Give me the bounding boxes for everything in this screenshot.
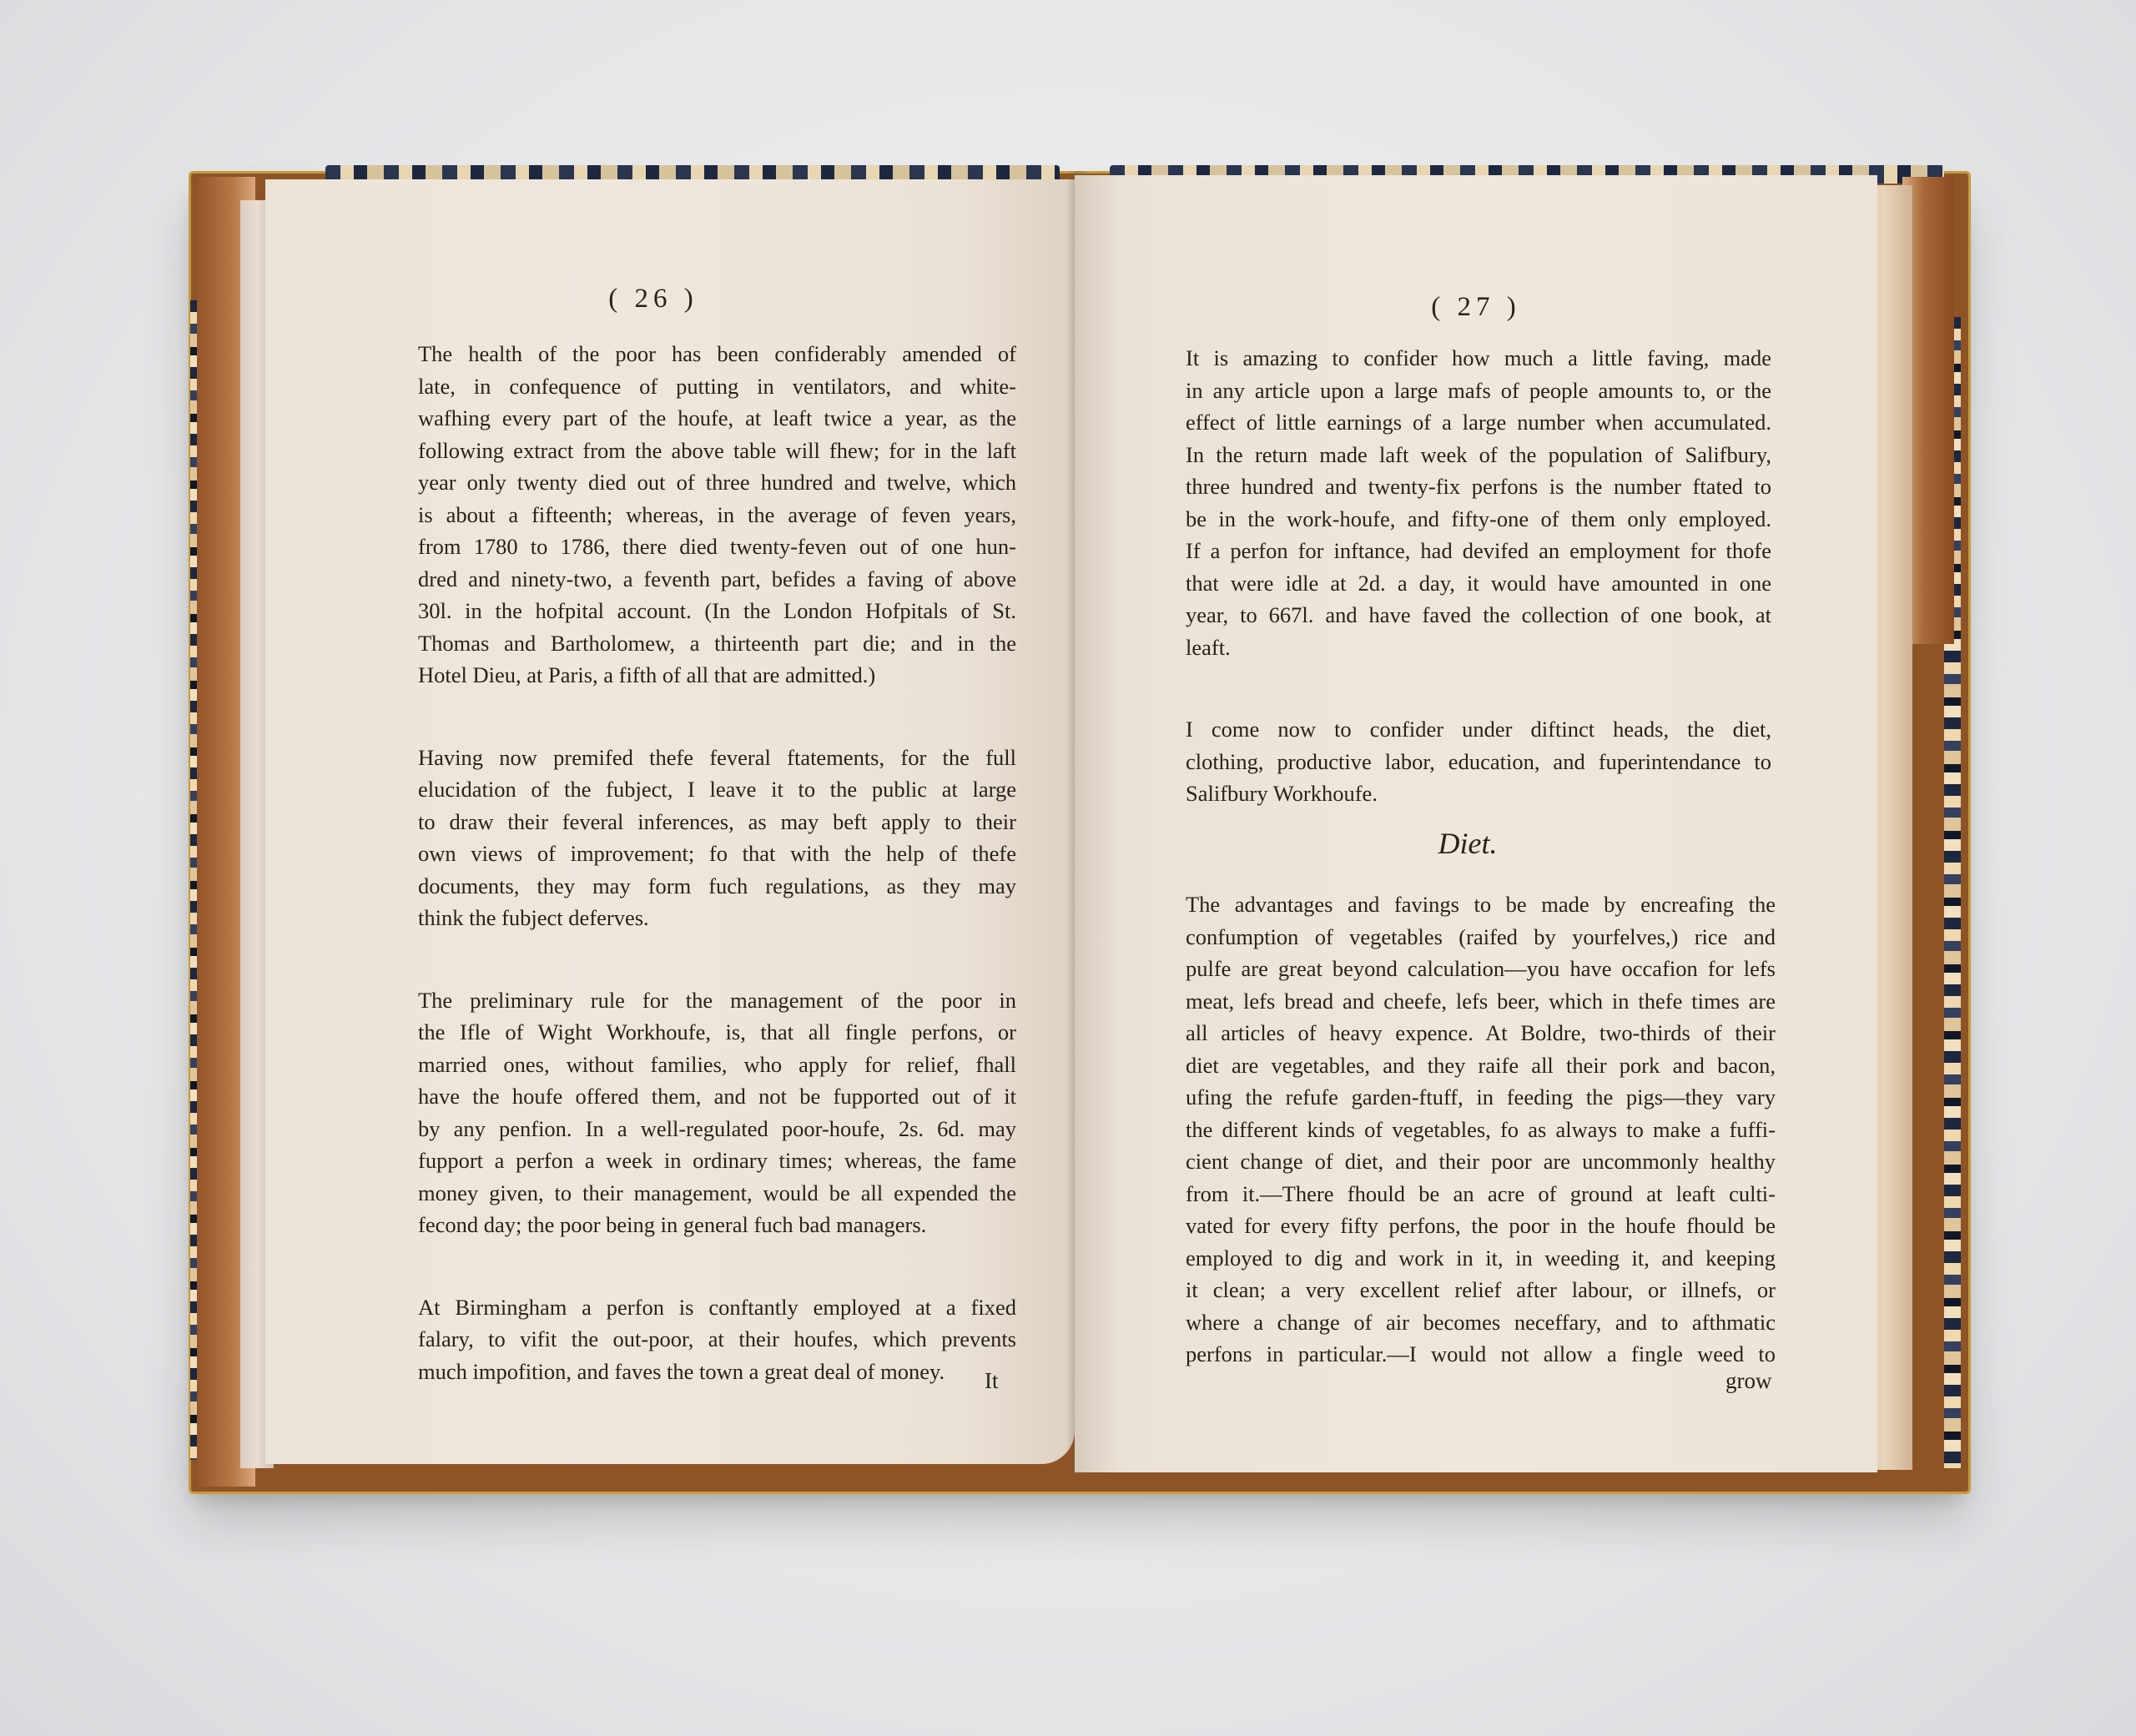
text-line: Thomas and Bartholomew, a thirteenth par… bbox=[386, 627, 1016, 660]
text-line: In the return made laft week of the popu… bbox=[1154, 439, 1771, 471]
text-line: diet are vegetables, and they raife all … bbox=[1154, 1049, 1776, 1082]
text-line: to draw their feveral inferences, as may… bbox=[386, 806, 1016, 838]
right-page[interactable]: ( 27 ) It is amazing to confider how muc… bbox=[1075, 175, 1877, 1472]
section-heading-diet: Diet. bbox=[1066, 826, 1869, 861]
text-line: that were idle at 2d. a day, it would ha… bbox=[1154, 567, 1771, 600]
text-line: money given, to their management, would … bbox=[386, 1177, 1016, 1210]
text-line: The health of the poor has been confider… bbox=[386, 338, 1016, 370]
text-line: the different kinds of vegetables, fo as… bbox=[1154, 1114, 1776, 1146]
paragraph-diet: The advantages and favings to be made by… bbox=[1154, 888, 1776, 1371]
right-page-text: It is amazing to confider how much a lit… bbox=[1154, 342, 1771, 860]
text-line: much impofition, and faves the town a gr… bbox=[386, 1356, 1016, 1388]
text-line: have the houfe offered them, and not be … bbox=[386, 1080, 1016, 1113]
text-line: I come now to confider under diftinct he… bbox=[1154, 713, 1771, 746]
text-line: Salifbury Workhoufe. bbox=[1154, 777, 1771, 810]
text-line: year, to 667l. and have faved the collec… bbox=[1154, 599, 1771, 632]
text-line: employed to dig and work in it, in weedi… bbox=[1154, 1242, 1776, 1275]
catchword-right: grow bbox=[1725, 1368, 1772, 1394]
text-line: meat, lefs bread and cheefe, lefs beer, … bbox=[1154, 985, 1776, 1018]
text-line: where a change of air becomes neceffary,… bbox=[1154, 1306, 1776, 1339]
paragraph-saving: It is amazing to confider how much a lit… bbox=[1154, 342, 1771, 663]
text-line: leaft. bbox=[1154, 632, 1771, 664]
text-line: The advantages and favings to be made by… bbox=[1154, 888, 1776, 921]
text-line: Having now premifed thefe feveral ftatem… bbox=[386, 742, 1016, 774]
catchword-left: It bbox=[985, 1368, 999, 1394]
text-line: fupport a perfon a week in ordinary time… bbox=[386, 1145, 1016, 1177]
text-line: The preliminary rule for the management … bbox=[386, 984, 1016, 1017]
text-line: year only twenty died out of three hundr… bbox=[386, 466, 1016, 499]
text-line: three hundred and twenty-fix perfons is … bbox=[1154, 470, 1771, 503]
text-line: It is amazing to confider how much a lit… bbox=[1154, 342, 1771, 375]
text-line: ufing the refufe garden-ftuff, in feedin… bbox=[1154, 1081, 1776, 1114]
text-line: be in the work-houfe, and fifty-one of t… bbox=[1154, 503, 1771, 536]
text-line: elucidation of the fubject, I leave it t… bbox=[386, 773, 1016, 806]
diet-section-text: The advantages and favings to be made by… bbox=[1154, 888, 1776, 1371]
text-line: following extract from the above table w… bbox=[386, 435, 1016, 467]
paragraph-distinct-heads: I come now to confider under diftinct he… bbox=[1154, 713, 1771, 810]
text-line: late, in confequence of putting in venti… bbox=[386, 370, 1016, 403]
text-line: falary, to vifit the out-poor, at their … bbox=[386, 1323, 1016, 1356]
text-line: from 1780 to 1786, there died twenty-fev… bbox=[386, 531, 1016, 563]
text-line: effect of little earnings of a large num… bbox=[1154, 406, 1771, 439]
text-line: At Birmingham a perfon is conftantly emp… bbox=[386, 1291, 1016, 1324]
text-line: vated for every fifty perfons, the poor … bbox=[1154, 1210, 1776, 1242]
text-line: by any penfion. In a well-regulated poor… bbox=[386, 1113, 1016, 1145]
text-line: If a perfon for inftance, had devifed an… bbox=[1154, 535, 1771, 567]
text-line: confumption of vegetables (raifed by you… bbox=[1154, 921, 1776, 954]
text-line: all articles of heavy expence. At Boldre… bbox=[1154, 1017, 1776, 1049]
paragraph-health: The health of the poor has been confider… bbox=[386, 338, 1016, 692]
page-number-right: ( 27 ) bbox=[1075, 292, 1877, 323]
text-line: fecond day; the poor being in general fu… bbox=[386, 1209, 1016, 1241]
paragraph-birmingham: At Birmingham a perfon is conftantly emp… bbox=[386, 1291, 1016, 1388]
text-line: own views of improvement; fo that with t… bbox=[386, 838, 1016, 870]
left-page[interactable]: ( 26 ) The health of the poor has been c… bbox=[265, 179, 1075, 1464]
text-line: think the fubject deferves. bbox=[386, 902, 1016, 934]
text-line: documents, they may form fuch regulation… bbox=[386, 870, 1016, 903]
text-line: clothing, productive labor, education, a… bbox=[1154, 746, 1771, 778]
text-line: perfons in particular.—I would not allow… bbox=[1154, 1338, 1776, 1371]
paragraph-isle-of-wight: The preliminary rule for the management … bbox=[386, 984, 1016, 1241]
text-line: Hotel Dieu, at Paris, a fifth of all tha… bbox=[386, 659, 1016, 692]
text-line: pulfe are great beyond calculation—you h… bbox=[1154, 953, 1776, 985]
text-line: cient change of diet, and their poor are… bbox=[1154, 1145, 1776, 1178]
text-line: wafhing every part of the houfe, at leaf… bbox=[386, 402, 1016, 435]
text-line: in any article upon a large mafs of peop… bbox=[1154, 375, 1771, 407]
text-line: from it.—There fhould be an acre of grou… bbox=[1154, 1178, 1776, 1210]
page-number-left: ( 26 ) bbox=[249, 284, 1058, 314]
left-page-text: The health of the poor has been confider… bbox=[386, 338, 1016, 1387]
text-line: 30l. in the hofpital account. (In the Lo… bbox=[386, 595, 1016, 627]
text-line: is about a fifteenth; whereas, in the av… bbox=[386, 499, 1016, 531]
text-line: the Ifle of Wight Workhoufe, is, that al… bbox=[386, 1016, 1016, 1049]
paragraph-statements: Having now premifed thefe feveral ftatem… bbox=[386, 742, 1016, 934]
text-line: it clean; a very excellent relief after … bbox=[1154, 1274, 1776, 1306]
text-line: dred and ninety-two, a feventh part, bef… bbox=[386, 563, 1016, 596]
text-line: married ones, without families, who appl… bbox=[386, 1049, 1016, 1081]
